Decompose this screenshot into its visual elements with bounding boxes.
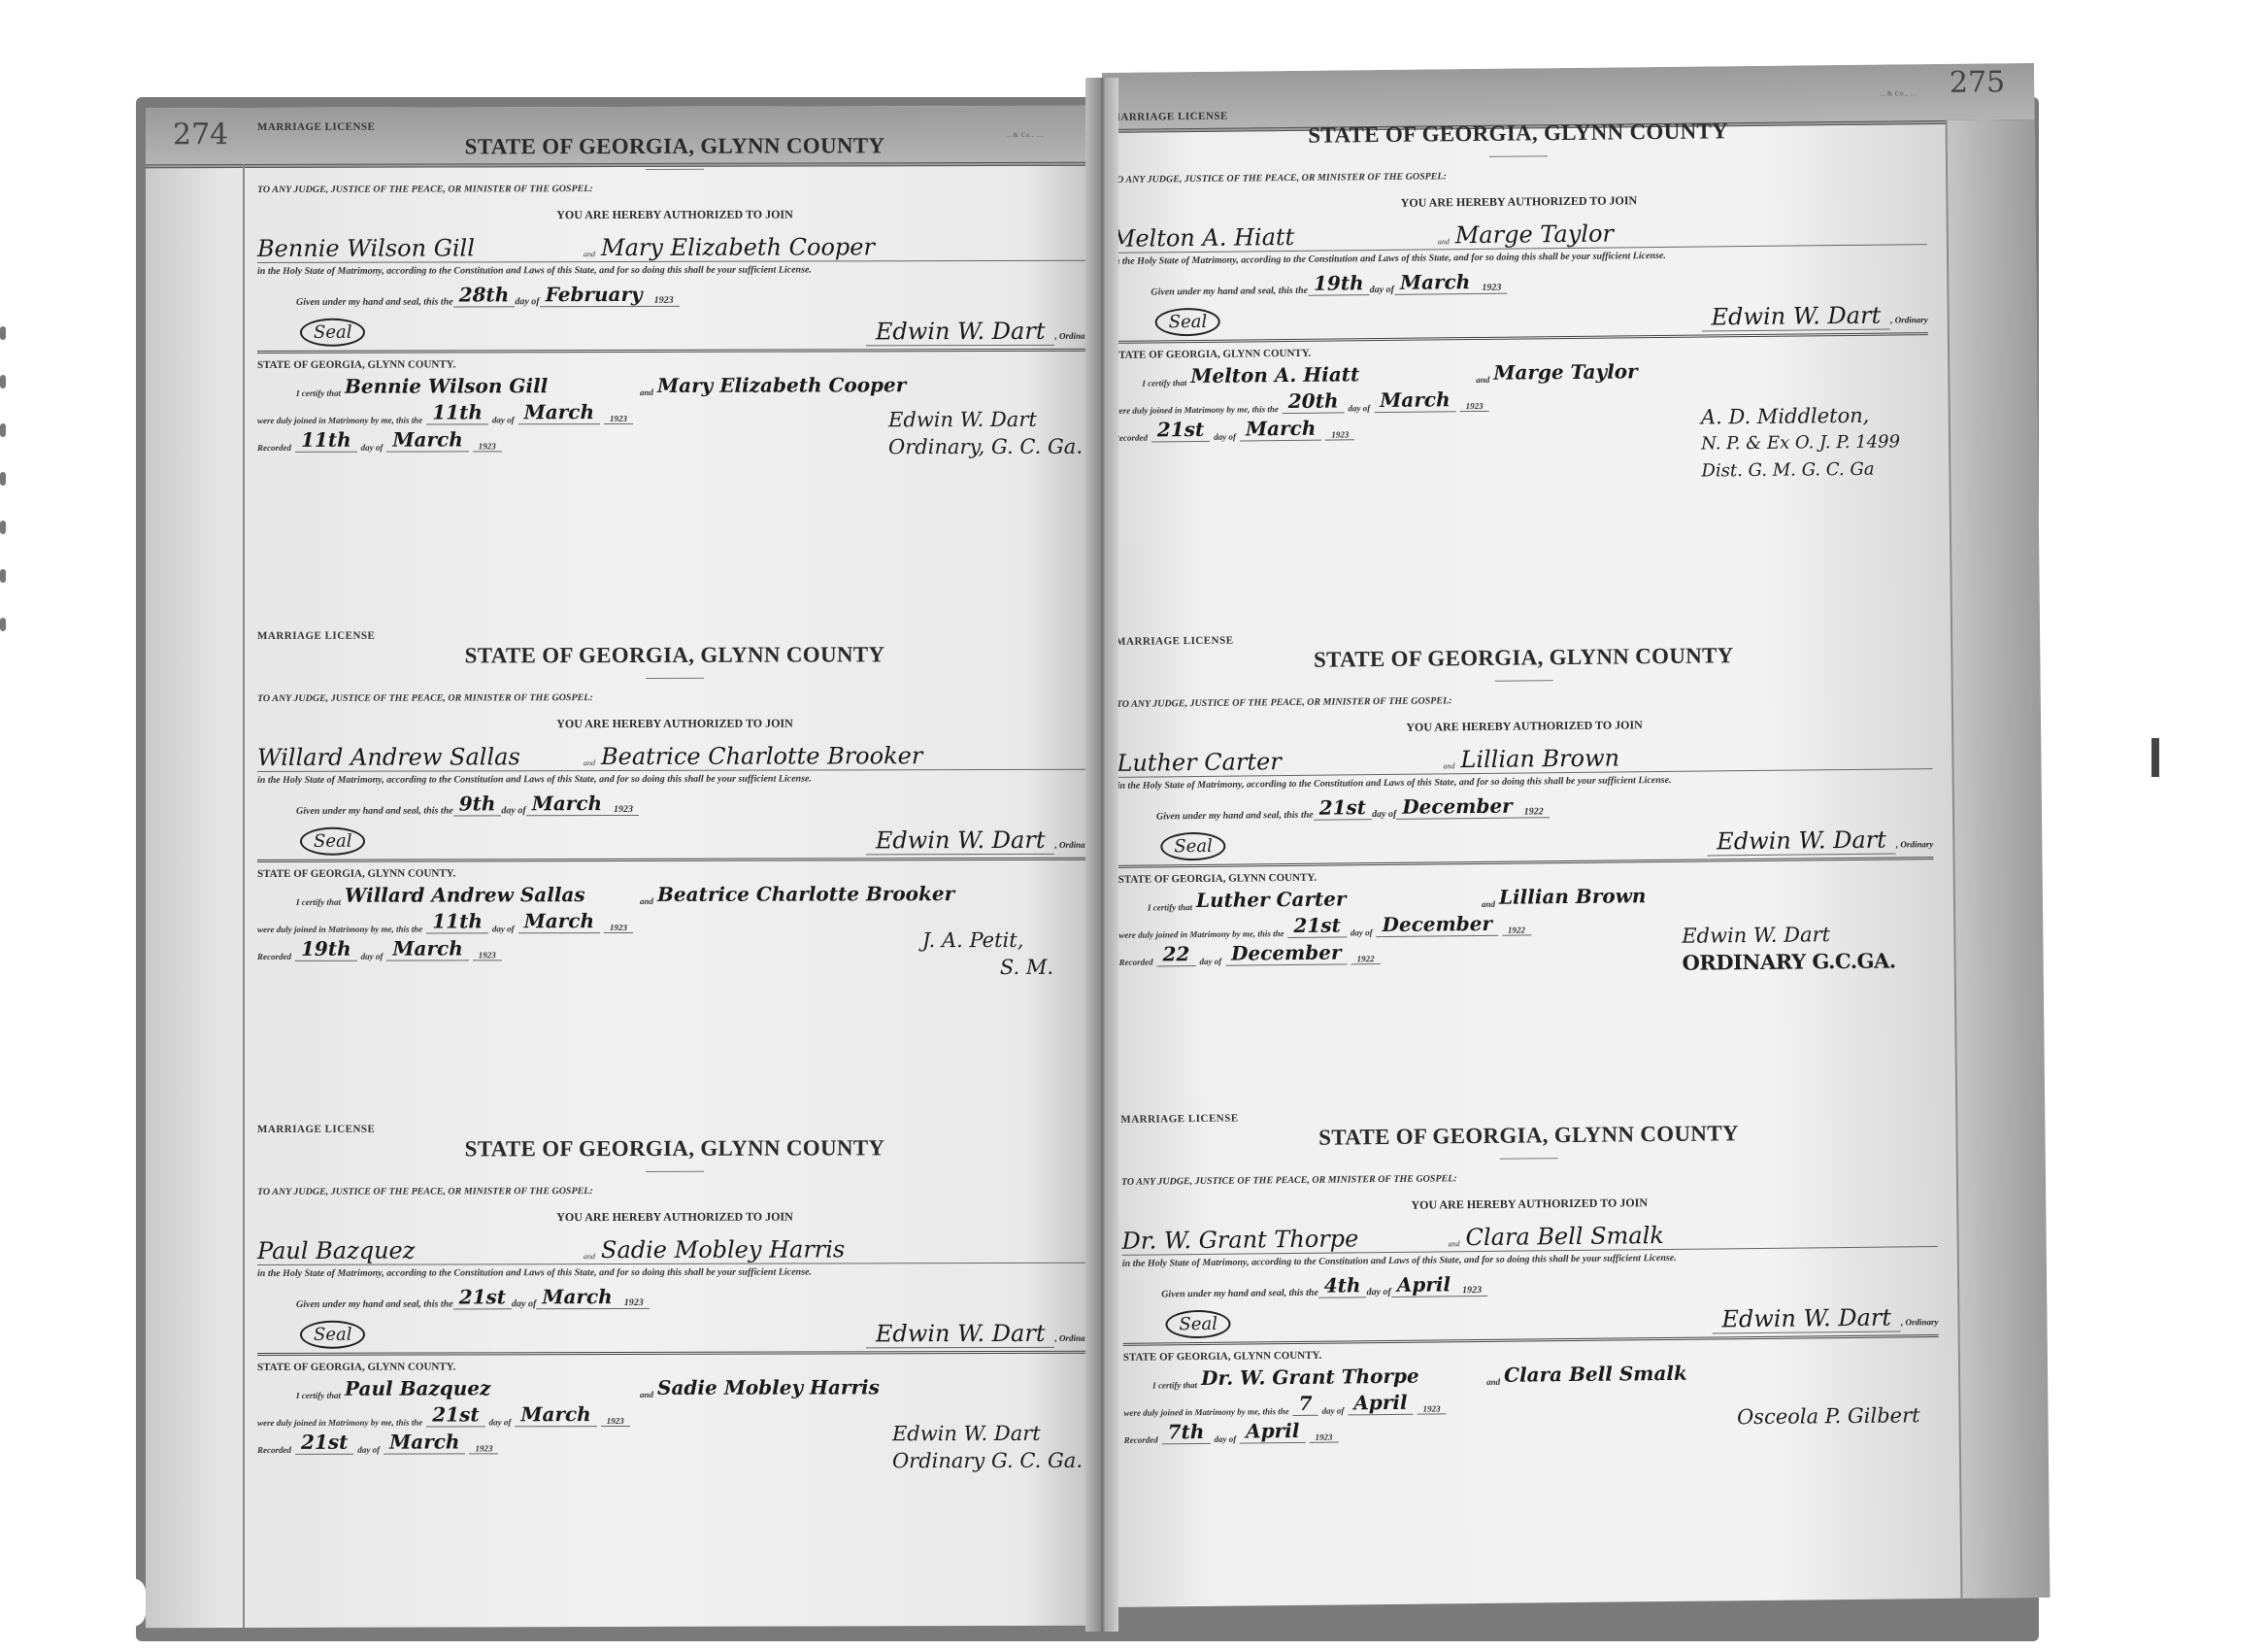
address-line: TO ANY JUDGE, JUSTICE OF THE PEACE, OR M… <box>1111 166 1926 185</box>
authorized-line: YOU ARE HEREBY AUTHORIZED TO JOIN <box>1121 1193 1937 1216</box>
cert-groom: Bennie Wilson Gill <box>345 374 636 398</box>
license-body: in the Holy State of Matrimony, accordin… <box>257 770 1092 790</box>
recorded-day: 21st <box>1151 418 1211 443</box>
recorded-prefix: Recorded <box>257 443 291 453</box>
given-year: 1923 <box>1476 283 1507 294</box>
issuer-signature: Edwin W. Dart <box>866 1320 1055 1349</box>
scan-artifact <box>0 1578 146 1627</box>
and-label: and <box>640 1390 653 1399</box>
given-prefix: Given under my hand and seal, this the <box>296 805 453 816</box>
given-prefix: Given under my hand and seal, this the <box>1156 810 1314 823</box>
given-day: 9th <box>453 792 502 816</box>
page-number: 275 <box>1950 65 2006 100</box>
given-year: 1923 <box>608 804 639 816</box>
certify-line: I certify that Willard Andrew Sallas and… <box>296 878 1092 907</box>
certify-prefix: I certify that <box>296 897 341 907</box>
day-of-label: day of <box>1199 957 1221 966</box>
joined-prefix: were duly joined in Matrimony by me, thi… <box>257 925 422 934</box>
record-title: STATE OF GEORGIA, GLYNN COUNTY <box>257 642 1092 669</box>
bride-name: Beatrice Charlotte Brooker <box>601 742 922 770</box>
recorded-year: 1923 <box>1325 429 1354 440</box>
bride-name: Clara Bell Smalk <box>1465 1222 1664 1251</box>
day-of-label: day of <box>489 1417 512 1427</box>
officiant-line: N. P. & Ex O. J. P. 1499 <box>1701 428 1900 457</box>
marriage-record: MARRIAGE LICENSE STATE OF GEORGIA, GLYNN… <box>257 628 1092 961</box>
officiant-signature: A. D. Middleton, N. P. & Ex O. J. P. 149… <box>1701 401 1901 485</box>
issuer-title: , Ordinary <box>1890 315 1928 324</box>
divider <box>646 678 704 679</box>
given-line: Given under my hand and seal, this the 9… <box>296 788 1092 817</box>
record-title: STATE OF GEORGIA, GLYNN COUNTY <box>257 133 1092 160</box>
scan-edge-marks <box>0 291 14 666</box>
certificate-block: STATE OF GEORGIA, GLYNN COUNTY. I certif… <box>257 866 1092 961</box>
given-month: February <box>540 283 649 307</box>
divider <box>646 169 704 170</box>
day-of-label: day of <box>492 924 515 933</box>
page-edge-strip <box>1948 119 2051 1599</box>
cert-bride: Sadie Mobley Harris <box>657 1375 880 1399</box>
and-label: and <box>584 1252 595 1261</box>
day-of-label: day of <box>1351 927 1373 937</box>
authorized-line: YOU ARE HEREBY AUTHORIZED TO JOIN <box>1111 190 1926 214</box>
address-line: TO ANY JUDGE, JUSTICE OF THE PEACE, OR M… <box>257 1185 1092 1197</box>
marriage-record: MARRIAGE LICENSE STATE OF GEORGIA, GLYNN… <box>1120 1105 1940 1445</box>
divider <box>646 1171 704 1172</box>
joined-year: 1923 <box>1460 401 1489 412</box>
recorded-month: March <box>384 1430 465 1454</box>
officiant-line: Osceola P. Gilbert <box>1737 1401 1920 1431</box>
day-of-label: day of <box>361 443 384 453</box>
officiant-line: Dist. G. M. G. C. Ga <box>1701 455 1900 485</box>
divider <box>1500 1158 1558 1160</box>
marriage-record: MARRIAGE LICENSE STATE OF GEORGIA, GLYNN… <box>257 119 1092 453</box>
recorded-month: March <box>386 427 468 452</box>
day-of-label: day of <box>1322 1405 1345 1415</box>
officiant-line: A. D. Middleton, <box>1701 401 1900 430</box>
day-of-label: day of <box>512 1298 536 1309</box>
recorded-year: 1922 <box>1351 954 1381 964</box>
and-label: and <box>1486 1377 1500 1387</box>
issuer-signature: Edwin W. Dart <box>866 318 1055 347</box>
seal-mark: Seal <box>300 319 365 347</box>
marriage-record: MARRIAGE LICENSE STATE OF GEORGIA, GLYNN… <box>257 1122 1092 1455</box>
right-page: 275 …& Co., … MARRIAGE LICENSE STATE OF … <box>1102 63 2050 1607</box>
officiant-line: Edwin W. Dart <box>888 406 1083 434</box>
seal-mark: Seal <box>1155 308 1221 337</box>
officiant-signature: Edwin W. Dart ORDINARY G.C.GA. <box>1682 920 1896 976</box>
joined-month: March <box>515 1402 596 1427</box>
issuer-signature: Edwin W. Dart <box>1707 825 1896 856</box>
officiant-signature: Edwin W. Dart Ordinary G. C. Ga. <box>892 1420 1083 1475</box>
and-label: and <box>1443 761 1454 770</box>
officiant-signature: Osceola P. Gilbert <box>1737 1401 1920 1431</box>
recorded-prefix: Recorded <box>257 1445 291 1455</box>
divider <box>257 349 1092 354</box>
joined-month: March <box>518 909 600 933</box>
certify-prefix: I certify that <box>1148 902 1192 912</box>
given-year: 1922 <box>1518 806 1550 818</box>
marriage-record: MARRIAGE LICENSE STATE OF GEORGIA, GLYNN… <box>1110 103 1929 443</box>
and-label: and <box>640 387 653 397</box>
license-body: in the Holy State of Matrimony, accordin… <box>257 1264 1092 1283</box>
given-day: 21st <box>453 1285 512 1309</box>
groom-name: Bennie Wilson Gill <box>257 234 578 262</box>
day-of-label: day of <box>501 805 525 816</box>
and-label: and <box>1482 899 1495 909</box>
certify-prefix: I certify that <box>296 388 341 398</box>
recorded-month: March <box>1240 417 1322 442</box>
bride-name: Sadie Mobley Harris <box>601 1235 845 1264</box>
issuer-signature: Edwin W. Dart <box>1701 302 1890 332</box>
and-label: and <box>584 250 595 258</box>
seal-mark: Seal <box>300 827 365 856</box>
given-day: 21st <box>1314 795 1373 821</box>
joined-month: March <box>1374 387 1456 413</box>
recorded-year: 1923 <box>473 441 502 452</box>
joined-prefix: were duly joined in Matrimony by me, thi… <box>1114 404 1279 416</box>
publisher-imprint: …& Co., … <box>1880 89 1918 97</box>
and-label: and <box>640 896 653 906</box>
scan-edge-mark <box>2151 738 2159 777</box>
given-month: March <box>536 1285 617 1309</box>
issuer-title: , Ordinary <box>1901 1317 1939 1327</box>
certificate-block: STATE OF GEORGIA, GLYNN COUNTY. I certif… <box>1118 865 1935 967</box>
names-line: Bennie Wilson Gill and Mary Elizabeth Co… <box>257 227 1092 263</box>
authorized-line: YOU ARE HEREBY AUTHORIZED TO JOIN <box>257 207 1092 223</box>
certificate-block: STATE OF GEORGIA, GLYNN COUNTY. I certif… <box>257 357 1092 453</box>
day-of-label: day of <box>1370 285 1394 295</box>
recorded-day: 22 <box>1156 942 1195 966</box>
groom-name: Luther Carter <box>1117 746 1437 776</box>
day-of-label: day of <box>1214 432 1236 442</box>
day-of-label: day of <box>515 296 539 307</box>
groom-name: Paul Bazquez <box>257 1236 578 1264</box>
officiant-line: J. A. Petit, <box>922 927 1053 954</box>
recorded-prefix: Recorded <box>257 952 291 961</box>
address-line: TO ANY JUDGE, JUSTICE OF THE PEACE, OR M… <box>257 183 1092 195</box>
divider <box>257 1351 1092 1356</box>
certificate-block: STATE OF GEORGIA, GLYNN COUNTY. I certif… <box>1123 1343 1940 1445</box>
officiant-line: S. M. <box>922 954 1053 981</box>
issuer-title: , Ordinary <box>1896 839 1934 849</box>
bride-name: Mary Elizabeth Cooper <box>601 233 875 261</box>
and-label: and <box>1449 1239 1460 1248</box>
license-label: MARRIAGE LICENSE <box>257 628 1092 642</box>
recorded-month: April <box>1240 1419 1305 1444</box>
day-of-label: day of <box>357 1445 380 1455</box>
license-body: in the Holy State of Matrimony, accordin… <box>257 261 1092 281</box>
certify-prefix: I certify that <box>296 1391 341 1400</box>
given-prefix: Given under my hand and seal, this the <box>1151 286 1308 298</box>
seal-mark: Seal <box>1160 832 1226 861</box>
given-day: 4th <box>1318 1273 1367 1298</box>
license-label: MARRIAGE LICENSE <box>257 119 1092 133</box>
cert-groom: Willard Andrew Sallas <box>345 883 636 907</box>
authorized-line: YOU ARE HEREBY AUTHORIZED TO JOIN <box>1117 715 1932 738</box>
recorded-prefix: Recorded <box>1119 957 1153 966</box>
recorded-prefix: Recorded <box>1124 1434 1158 1444</box>
address-line: TO ANY JUDGE, JUSTICE OF THE PEACE, OR M… <box>257 691 1092 704</box>
given-day: 19th <box>1308 271 1370 296</box>
record-title: STATE OF GEORGIA, GLYNN COUNTY <box>257 1135 1092 1162</box>
officiant-signature: Edwin W. Dart Ordinary, G. C. Ga. <box>888 406 1083 461</box>
recorded-year: 1923 <box>469 1443 498 1454</box>
officiant-line: Ordinary G. C. Ga. <box>892 1447 1083 1475</box>
cert-bride: Mary Elizabeth Cooper <box>657 373 906 397</box>
divider <box>257 858 1092 862</box>
recorded-year: 1923 <box>473 950 502 960</box>
given-month: April <box>1391 1272 1456 1297</box>
joined-day: 11th <box>426 909 488 933</box>
license-label: MARRIAGE LICENSE <box>257 1122 1092 1135</box>
page-number: 274 <box>173 118 228 152</box>
book-gutter <box>1085 78 1118 1632</box>
officiant-line: Ordinary, G. C. Ga. <box>888 433 1083 461</box>
recorded-day: 19th <box>295 937 357 961</box>
day-of-label: day of <box>361 952 384 961</box>
cert-groom: Paul Bazquez <box>345 1376 636 1400</box>
and-label: and <box>584 758 595 767</box>
cert-bride: Lillian Brown <box>1499 884 1647 909</box>
authorized-line: YOU ARE HEREBY AUTHORIZED TO JOIN <box>257 1209 1092 1226</box>
groom-name: Melton A. Hiatt <box>1112 221 1432 252</box>
cert-bride: Marge Taylor <box>1493 359 1638 385</box>
recorded-year: 1923 <box>1309 1432 1338 1443</box>
recorded-month: March <box>386 936 468 960</box>
bride-name: Lillian Brown <box>1460 744 1619 773</box>
joined-day: 11th <box>426 400 488 424</box>
given-line: Given under my hand and seal, this the 2… <box>296 1281 1092 1310</box>
joined-prefix: were duly joined in Matrimony by me, thi… <box>1123 1406 1288 1418</box>
joined-month: April <box>1348 1391 1413 1416</box>
day-of-label: day of <box>1372 809 1396 820</box>
given-year: 1923 <box>618 1297 650 1309</box>
given-prefix: Given under my hand and seal, this the <box>296 1298 453 1309</box>
day-of-label: day of <box>1214 1434 1236 1444</box>
given-prefix: Given under my hand and seal, this the <box>1161 1288 1318 1300</box>
given-month: December <box>1396 794 1518 820</box>
day-of-label: day of <box>1367 1287 1391 1297</box>
bride-name: Marge Taylor <box>1455 219 1614 249</box>
joined-day: 21st <box>426 1402 484 1427</box>
seal-mark: Seal <box>300 1321 365 1349</box>
given-prefix: Given under my hand and seal, this the <box>296 296 453 307</box>
divider <box>1495 680 1553 682</box>
recorded-month: December <box>1225 940 1348 965</box>
recorded-day: 7th <box>1162 1420 1211 1445</box>
joined-year: 1922 <box>1502 925 1531 935</box>
issuer-signature: Edwin W. Dart <box>1712 1303 1901 1333</box>
joined-year: 1923 <box>601 1416 630 1427</box>
cert-bride: Beatrice Charlotte Brooker <box>657 882 954 906</box>
given-year: 1923 <box>1456 1285 1487 1297</box>
groom-name: Willard Andrew Sallas <box>257 743 578 771</box>
certificate-block: STATE OF GEORGIA, GLYNN COUNTY. I certif… <box>1113 341 1929 443</box>
joined-month: March <box>518 400 600 424</box>
given-line: Given under my hand and seal, this the 2… <box>296 279 1092 308</box>
recorded-prefix: Recorded <box>1114 433 1148 443</box>
cert-groom: Dr. W. Grant Thorpe <box>1201 1364 1483 1390</box>
cert-groom: Melton A. Hiatt <box>1190 361 1472 387</box>
authorized-line: YOU ARE HEREBY AUTHORIZED TO JOIN <box>257 716 1092 732</box>
joined-year: 1923 <box>1417 1403 1447 1414</box>
joined-year: 1923 <box>604 414 633 424</box>
margin-rule <box>243 164 245 1628</box>
issuer-signature: Edwin W. Dart <box>866 826 1055 856</box>
names-line: Paul Bazquez and Sadie Mobley Harris <box>257 1230 1092 1265</box>
address-line: TO ANY JUDGE, JUSTICE OF THE PEACE, OR M… <box>1121 1168 1937 1188</box>
recorded-day: 11th <box>295 428 357 453</box>
day-of-label: day of <box>492 415 515 424</box>
day-of-label: day of <box>1348 403 1370 413</box>
and-label: and <box>1438 237 1450 246</box>
left-page: 274 …& Co., … MARRIAGE LICENSE STATE OF … <box>146 106 1102 1629</box>
joined-prefix: were duly joined in Matrimony by me, thi… <box>257 1418 422 1428</box>
names-line: Willard Andrew Sallas and Beatrice Charl… <box>257 736 1092 772</box>
officiant-signature: J. A. Petit, S. M. <box>922 927 1053 981</box>
officiant-line: Edwin W. Dart <box>1682 920 1895 949</box>
ordinary-stamp: ORDINARY G.C.GA. <box>1682 947 1895 976</box>
given-month: March <box>1394 270 1477 295</box>
signature-row: Seal Edwin W. Dart, Ordinary <box>257 1308 1092 1349</box>
marriage-record: MARRIAGE LICENSE STATE OF GEORGIA, GLYNN… <box>1116 627 1935 967</box>
cert-groom: Luther Carter <box>1196 886 1478 912</box>
signature-row: Seal Edwin W. Dart, Ordinary <box>257 815 1092 856</box>
joined-month: December <box>1376 912 1498 937</box>
joined-prefix: were duly joined in Matrimony by me, thi… <box>257 416 422 425</box>
joined-day: 7 <box>1292 1392 1317 1416</box>
and-label: and <box>1476 375 1489 385</box>
certify-prefix: I certify that <box>1142 378 1186 387</box>
signature-row: Seal Edwin W. Dart, Ordinary <box>257 306 1092 347</box>
joined-day: 20th <box>1283 388 1345 414</box>
certify-prefix: I certify that <box>1152 1380 1197 1390</box>
cert-bride: Clara Bell Smalk <box>1504 1362 1687 1387</box>
officiant-line: Edwin W. Dart <box>892 1420 1083 1448</box>
certificate-block: STATE OF GEORGIA, GLYNN COUNTY. I certif… <box>257 1360 1092 1455</box>
joined-prefix: were duly joined in Matrimony by me, thi… <box>1118 928 1284 940</box>
certify-line: I certify that Paul Bazquez and Sadie Mo… <box>296 1371 1092 1400</box>
address-line: TO ANY JUDGE, JUSTICE OF THE PEACE, OR M… <box>1117 691 1932 710</box>
joined-year: 1923 <box>604 923 633 933</box>
groom-name: Dr. W. Grant Thorpe <box>1121 1224 1442 1254</box>
given-year: 1923 <box>649 295 680 307</box>
recorded-day: 21st <box>295 1431 353 1455</box>
given-day: 28th <box>453 283 516 307</box>
seal-mark: Seal <box>1165 1310 1231 1339</box>
given-month: March <box>526 792 608 816</box>
joined-day: 21st <box>1287 913 1347 938</box>
certify-line: I certify that Bennie Wilson Gill and Ma… <box>296 369 1092 398</box>
divider <box>1489 155 1548 157</box>
